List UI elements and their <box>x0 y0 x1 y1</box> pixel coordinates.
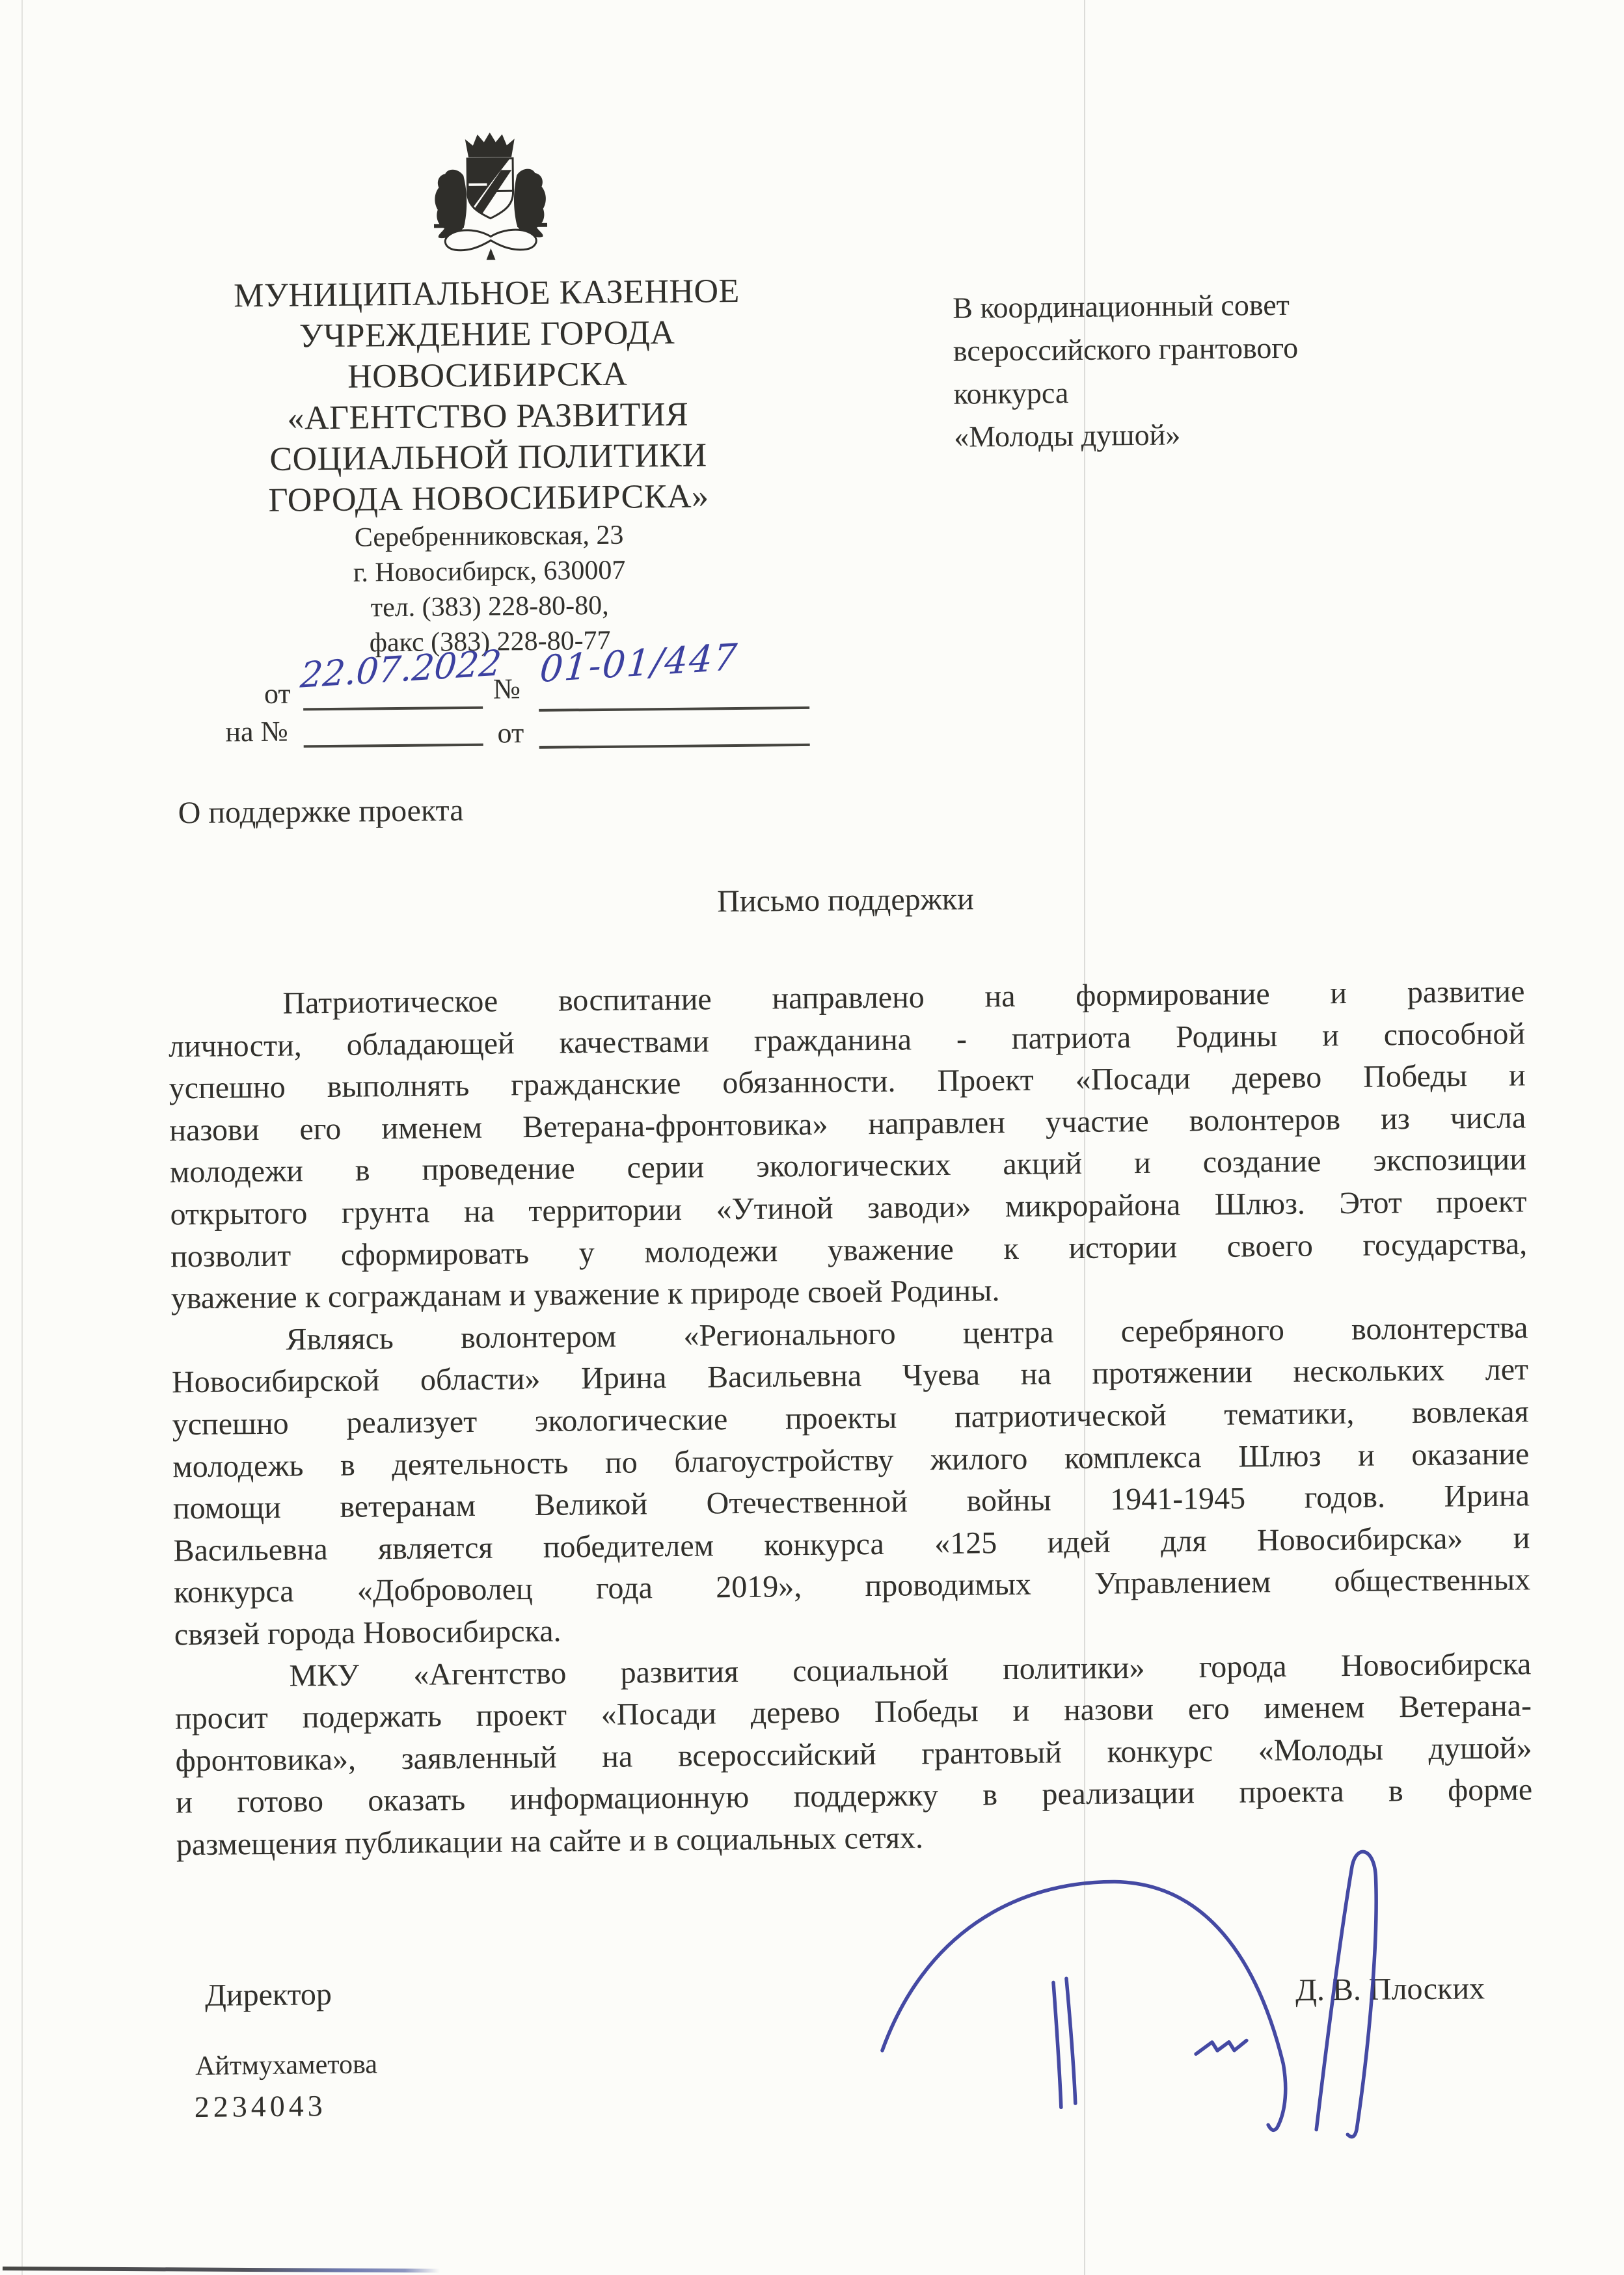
reference-number-sign: № <box>493 672 521 705</box>
signature-zigzag-stroke <box>1196 2041 1247 2054</box>
organization-name-line: ГОРОДА НОВОСИБИРСКА» <box>189 475 789 522</box>
reference-reply-label: на № <box>225 715 288 749</box>
reference-reply-date-underline <box>539 744 810 749</box>
subject-line: О поддержке проекта <box>178 792 463 831</box>
executor-phone: 2234043 <box>195 2088 327 2124</box>
reference-reply-from-label: от <box>497 716 524 749</box>
letter-content: МУНИЦИПАЛЬНОЕ КАЗЕННОЕ УЧРЕЖДЕНИЕ ГОРОДА… <box>0 0 1624 2275</box>
addressee-line: В координационный совет <box>953 282 1422 330</box>
organization-address-line: г. Новосибирск, 630007 <box>190 551 789 592</box>
signature-loop-stroke <box>1314 1851 1379 2137</box>
emblem-ribbon <box>445 230 536 250</box>
organization-name-line: СОЦИАЛЬНОЙ ПОЛИТИКИ <box>189 434 788 481</box>
scanned-letter-page: МУНИЦИПАЛЬНОЕ КАЗЕННОЕ УЧРЕЖДЕНИЕ ГОРОДА… <box>0 0 1624 2275</box>
emblem-crown <box>465 132 515 157</box>
signoff-position: Директор <box>205 1976 332 2013</box>
organization-name-line: УЧРЕЖДЕНИЕ ГОРОДА <box>187 311 787 358</box>
signature-stroke <box>1053 1982 1061 2107</box>
addressee-block: В координационный совет всероссийского г… <box>953 282 1423 459</box>
signature-arc-stroke <box>881 1880 1286 2134</box>
handwritten-signature <box>863 1820 1429 2166</box>
scan-fold-line <box>1084 0 1085 2275</box>
organization-address-line: Серебренниковская, 23 <box>189 516 788 557</box>
organization-name-line: «АГЕНТСТВО РАЗВИТИЯ <box>189 393 788 440</box>
reference-number-underline <box>539 707 809 712</box>
organization-name-block: МУНИЦИПАЛЬНОЕ КАЗЕННОЕ УЧРЕЖДЕНИЕ ГОРОДА… <box>187 270 789 522</box>
signature-stroke <box>1066 1978 1076 2103</box>
emblem-ribbon-point <box>486 249 495 260</box>
organization-name-line: МУНИЦИПАЛЬНОЕ КАЗЕННОЕ <box>187 270 787 317</box>
emblem-shield <box>467 158 513 220</box>
reference-date-underline <box>303 707 483 711</box>
addressee-line: «Молоды душой» <box>954 411 1423 459</box>
letter-title: Письмо поддержки <box>167 876 1524 924</box>
reference-from-label: от <box>264 677 291 710</box>
organization-address-line: тел. (383) 228-80-80, <box>190 586 789 627</box>
novosibirsk-coat-of-arms <box>428 132 553 275</box>
addressee-line: конкурса <box>953 368 1422 416</box>
addressee-line: всероссийского грантового <box>953 325 1422 373</box>
emblem-supporter-right <box>514 168 547 237</box>
scan-edge-line <box>21 0 23 2275</box>
organization-name-line: НОВОСИБИРСКА <box>188 352 787 399</box>
reference-reply-number-underline <box>304 744 483 748</box>
letter-body: Патриотическое воспитание направлено на … <box>168 971 1533 1866</box>
executor-name: Айтмухаметова <box>195 2049 377 2082</box>
emblem-supporter-left <box>435 170 467 239</box>
